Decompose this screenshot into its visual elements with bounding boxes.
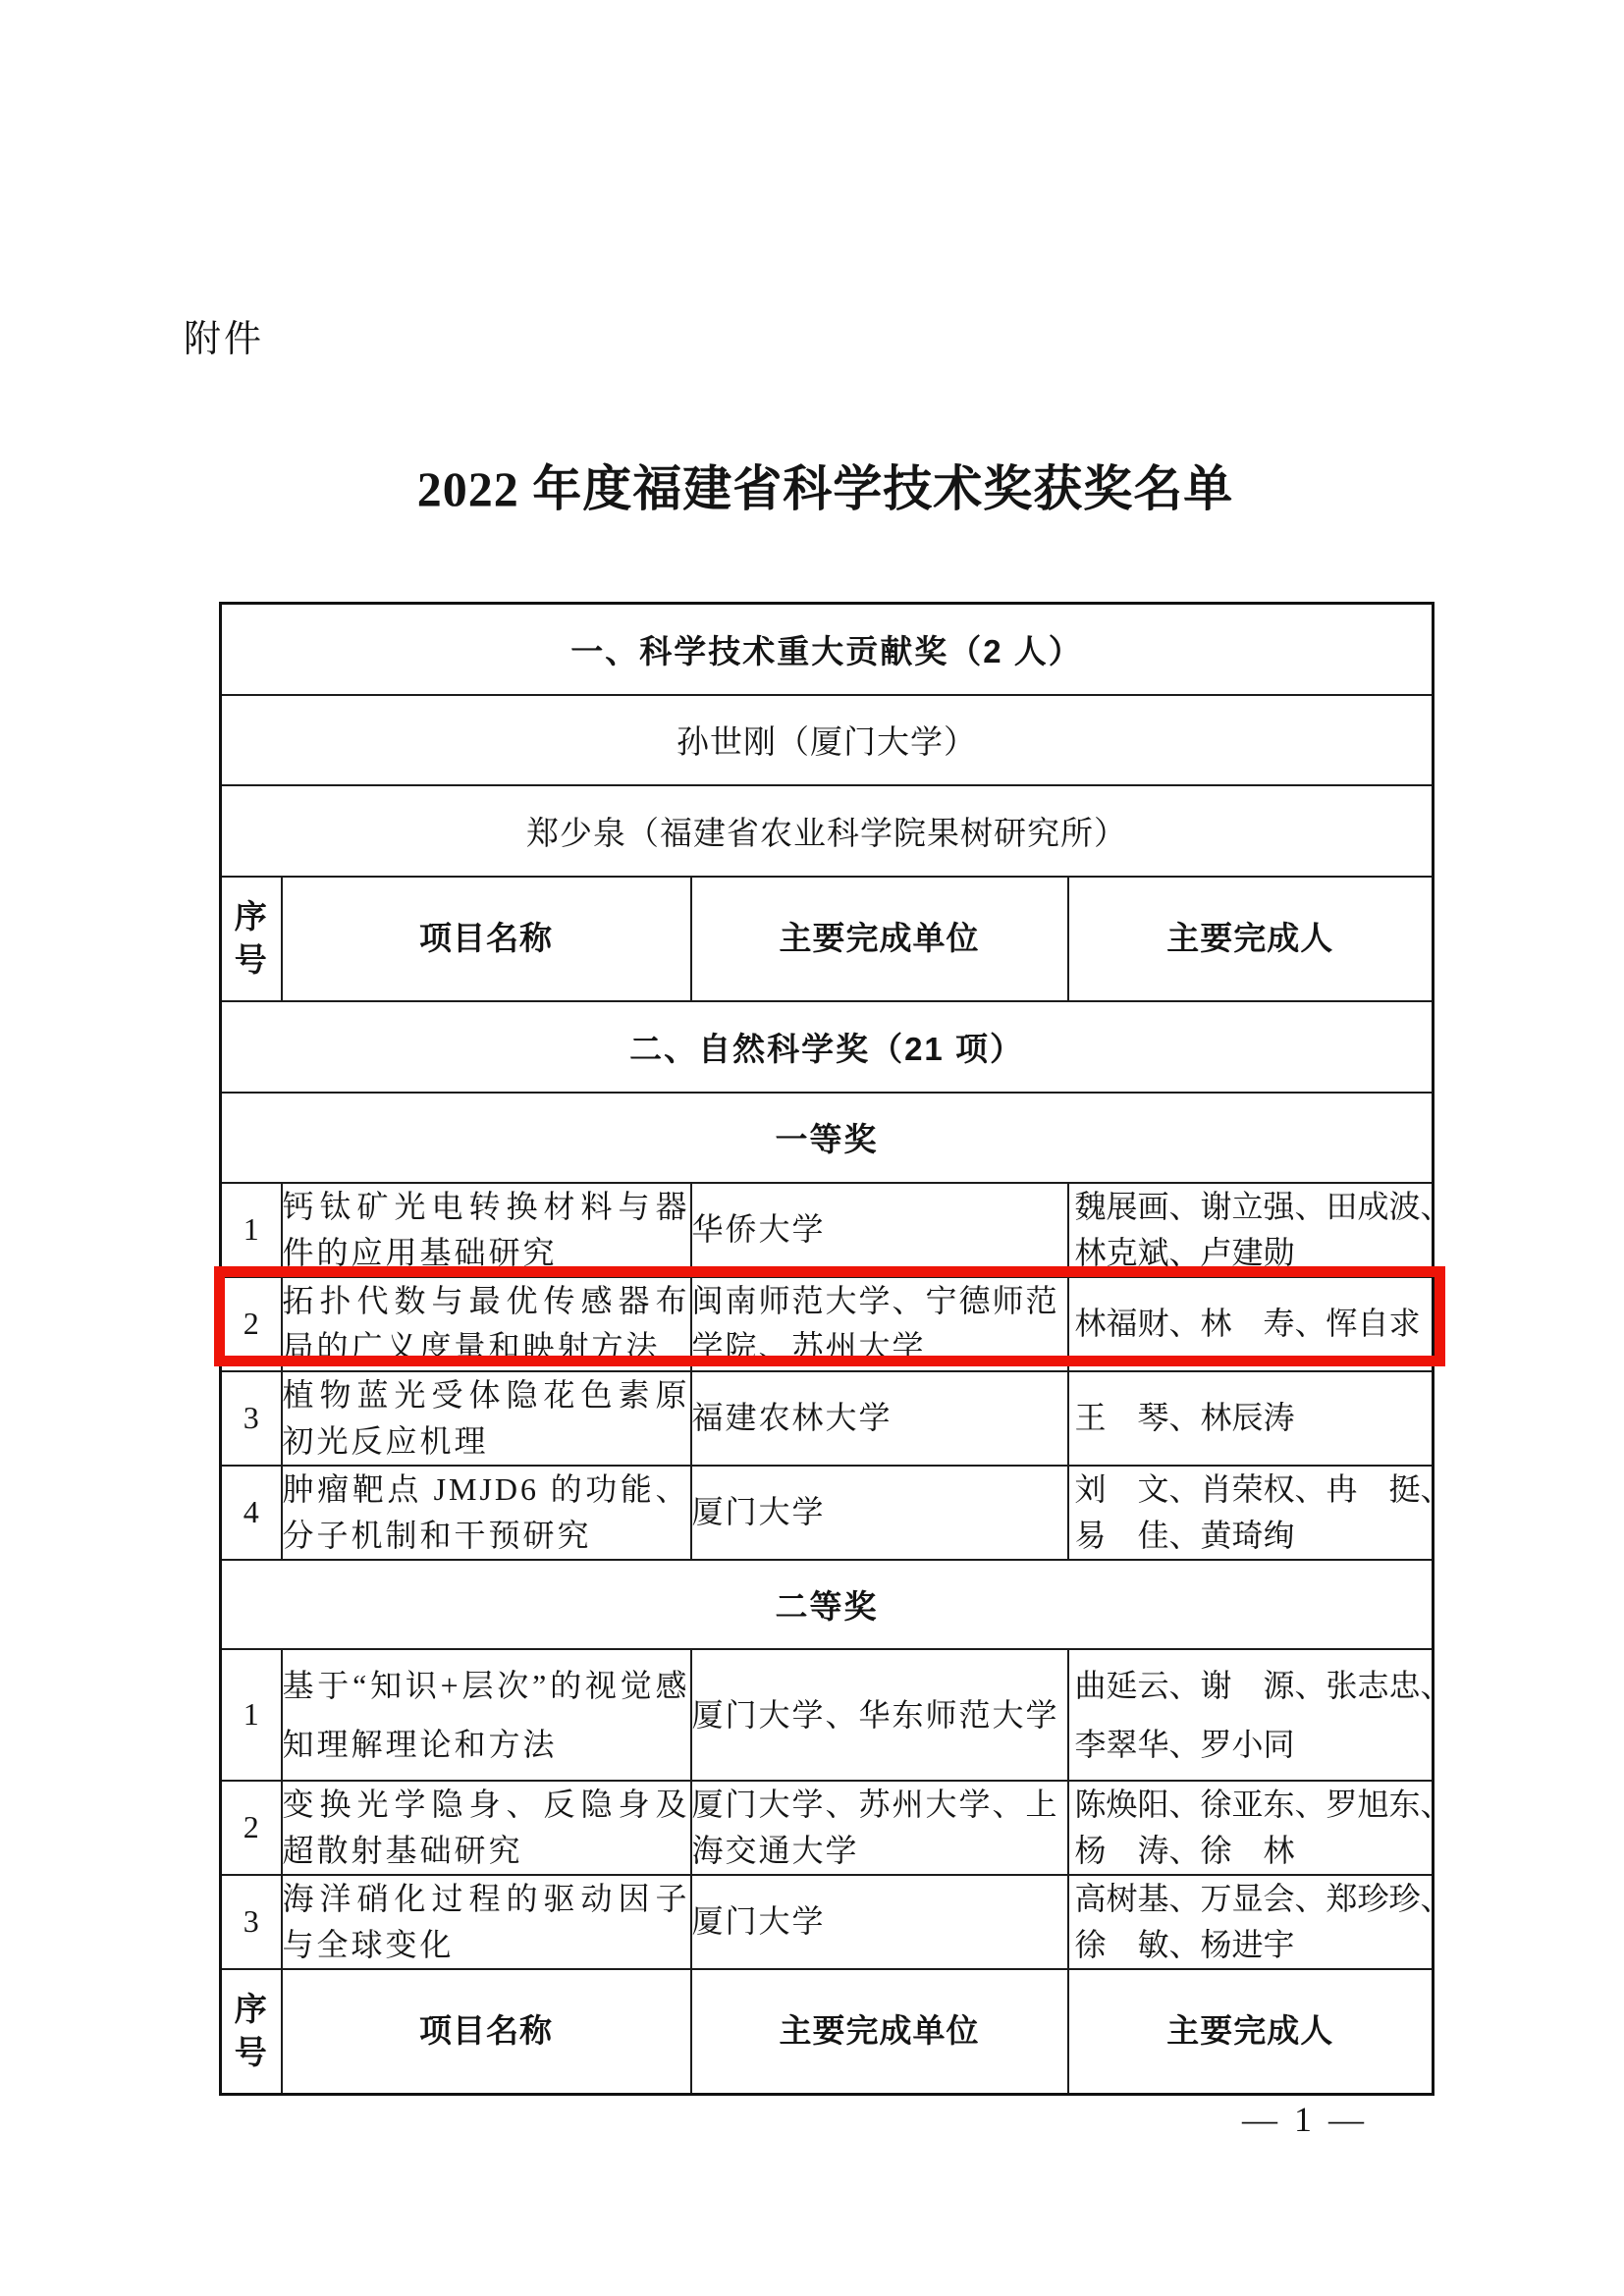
row-number-cell: 2 [221,1277,282,1371]
table-row: 3 海洋硝化过程的驱动因子与全球变化 厦门大学 高树基、万显会、郑珍珍、徐 敏、… [221,1875,1434,1969]
completing-units-cell: 闽南师范大学、宁德师范学院、苏州大学 [691,1277,1068,1371]
table-row: 4 肿瘤靶点 JMJD6 的功能、分子机制和干预研究 厦门大学 刘 文、肖荣权、… [221,1466,1434,1560]
col-header-people: 主要完成人 [1068,877,1434,1001]
winner-row: 孙世刚（厦门大学） [221,695,1434,785]
project-name-cell: 植物蓝光受体隐花色素原初光反应机理 [282,1371,691,1466]
second-prize-label: 二等奖 [221,1560,1434,1649]
col-header-no: 序号 [221,877,282,1001]
completing-people-cell: 林福财、林 寿、恽自求 [1068,1277,1434,1371]
table-row-highlighted: 2 拓扑代数与最优传感器布局的广义度量和映射方法 闽南师范大学、宁德师范学院、苏… [221,1277,1434,1371]
col-header-project: 项目名称 [282,1969,691,2095]
column-header-row: 序号 项目名称 主要完成单位 主要完成人 [221,1969,1434,2095]
project-name-cell: 基于“知识+层次”的视觉感知理解理论和方法 [282,1649,691,1781]
completing-people-text: 高树基、万显会、郑珍珍、徐 敏、杨进宇 [1075,1876,1462,1968]
row-number-cell: 3 [221,1371,282,1466]
completing-people-text: 曲延云、谢 源、张志忠、李翠华、罗小同 [1075,1656,1462,1774]
prize-level-row: 一等奖 [221,1093,1434,1183]
award-table: 一、科学技术重大贡献奖（2 人） 孙世刚（厦门大学） 郑少泉（福建省农业科学院果… [219,602,1435,2096]
completing-people-cell: 高树基、万显会、郑珍珍、徐 敏、杨进宇 [1068,1875,1434,1969]
completing-people-cell: 王 琴、林辰涛 [1068,1371,1434,1466]
completing-units-cell: 厦门大学、苏州大学、上海交通大学 [691,1781,1068,1875]
completing-people-text: 林福财、林 寿、恽自求 [1075,1301,1462,1347]
completing-units-cell: 厦门大学 [691,1875,1068,1969]
document-title: 2022 年度福建省科学技术奖获奖名单 [219,450,1432,520]
grand-award-winner-2: 郑少泉（福建省农业科学院果树研究所） [221,785,1434,877]
table-row: 2 变换光学隐身、反隐身及超散射基础研究 厦门大学、苏州大学、上海交通大学 陈焕… [221,1781,1434,1875]
project-name-cell: 海洋硝化过程的驱动因子与全球变化 [282,1875,691,1969]
table-row: 1 基于“知识+层次”的视觉感知理解理论和方法 厦门大学、华东师范大学 曲延云、… [221,1649,1434,1781]
row-number-cell: 2 [221,1781,282,1875]
table-row: 1 钙钛矿光电转换材料与器件的应用基础研究 华侨大学 魏展画、谢立强、田成波、林… [221,1183,1434,1277]
completing-people-cell: 陈焕阳、徐亚东、罗旭东、杨 涛、徐 林 [1068,1781,1434,1875]
completing-people-text: 陈焕阳、徐亚东、罗旭东、杨 涛、徐 林 [1075,1782,1462,1874]
grand-award-winner-1: 孙世刚（厦门大学） [221,695,1434,785]
row-number-cell: 4 [221,1466,282,1560]
column-header-row: 序号 项目名称 主要完成单位 主要完成人 [221,877,1434,1001]
row-number-cell: 1 [221,1183,282,1277]
col-header-people: 主要完成人 [1068,1969,1434,2095]
row-number-cell: 1 [221,1649,282,1781]
col-header-no: 序号 [221,1969,282,2095]
completing-units-cell: 厦门大学 [691,1466,1068,1560]
section-row-natural-science: 二、自然科学奖（21 项） [221,1001,1434,1093]
page-number: — 1 — [1242,2099,1368,2140]
section-row-grand-award: 一、科学技术重大贡献奖（2 人） [221,604,1434,695]
document-page: 附件 2022 年度福建省科学技术奖获奖名单 一、科学技术重大贡献奖（2 人） … [0,0,1624,2296]
first-prize-label: 一等奖 [221,1093,1434,1183]
prize-level-row: 二等奖 [221,1560,1434,1649]
completing-units-cell: 福建农林大学 [691,1371,1068,1466]
project-name-cell: 肿瘤靶点 JMJD6 的功能、分子机制和干预研究 [282,1466,691,1560]
project-name-cell: 变换光学隐身、反隐身及超散射基础研究 [282,1781,691,1875]
row-number-cell: 3 [221,1875,282,1969]
attachment-label: 附件 [184,308,264,362]
completing-people-cell: 魏展画、谢立强、田成波、林克斌、卢建勋 [1068,1183,1434,1277]
completing-people-text: 王 琴、林辰涛 [1075,1395,1462,1441]
project-name-cell: 拓扑代数与最优传感器布局的广义度量和映射方法 [282,1277,691,1371]
completing-people-text: 魏展画、谢立强、田成波、林克斌、卢建勋 [1075,1184,1462,1276]
table-row: 3 植物蓝光受体隐花色素原初光反应机理 福建农林大学 王 琴、林辰涛 [221,1371,1434,1466]
col-header-project: 项目名称 [282,877,691,1001]
col-header-org: 主要完成单位 [691,877,1068,1001]
completing-people-cell: 刘 文、肖荣权、冉 挺、易 佳、黄琦绚 [1068,1466,1434,1560]
natural-science-header: 二、自然科学奖（21 项） [221,1001,1434,1093]
completing-units-cell: 厦门大学、华东师范大学 [691,1649,1068,1781]
completing-units-cell: 华侨大学 [691,1183,1068,1277]
winner-row: 郑少泉（福建省农业科学院果树研究所） [221,785,1434,877]
project-name-cell: 钙钛矿光电转换材料与器件的应用基础研究 [282,1183,691,1277]
completing-people-cell: 曲延云、谢 源、张志忠、李翠华、罗小同 [1068,1649,1434,1781]
completing-people-text: 刘 文、肖荣权、冉 挺、易 佳、黄琦绚 [1075,1467,1462,1559]
grand-award-header: 一、科学技术重大贡献奖（2 人） [221,604,1434,695]
col-header-org: 主要完成单位 [691,1969,1068,2095]
